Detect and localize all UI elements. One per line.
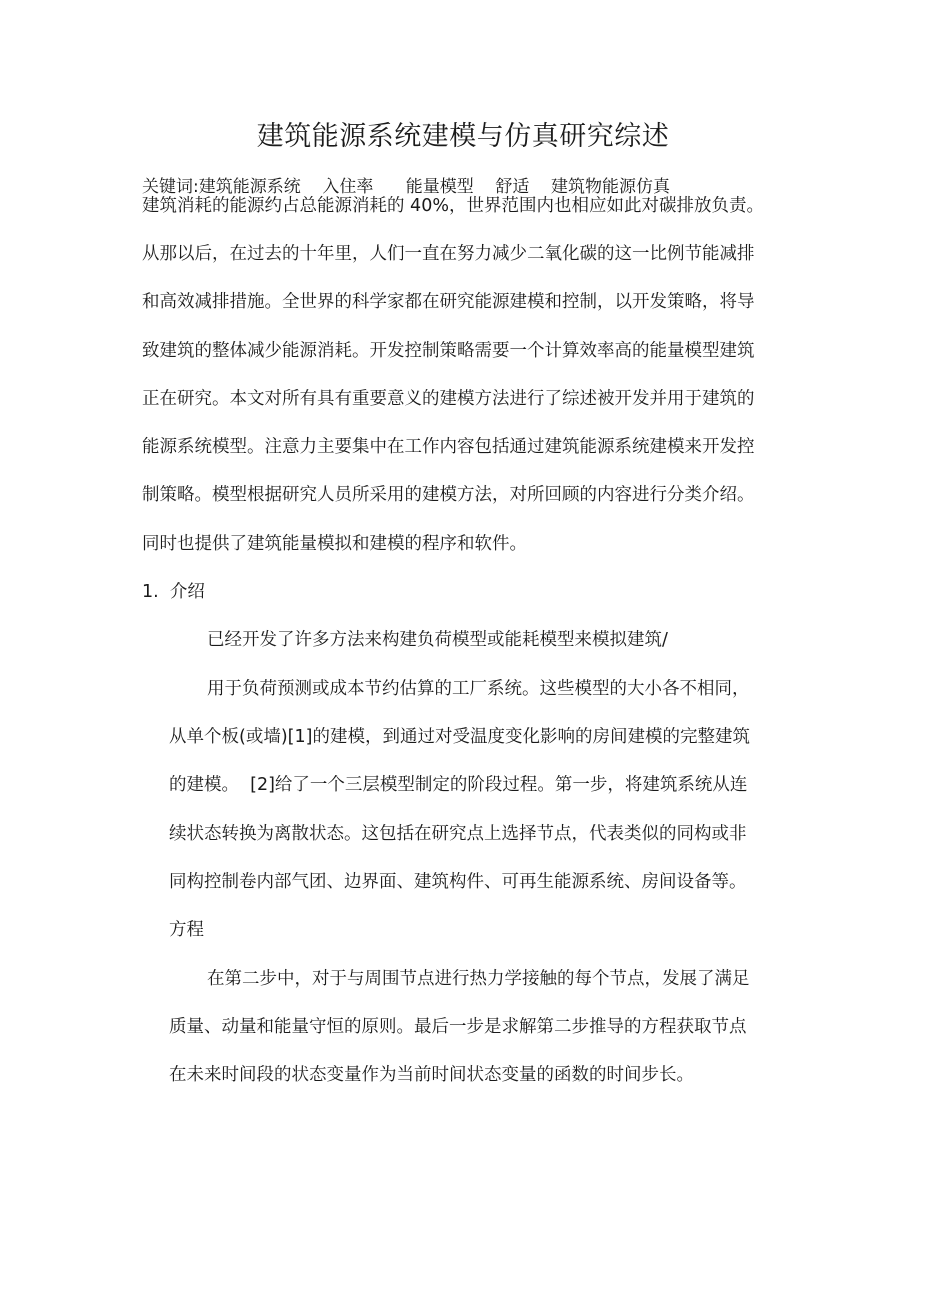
body-line: 续状态转换为离散状态。这包括在研究点上选择节点，代表类似的同构或非 (169, 820, 747, 845)
body-line: 从单个板(或墙)[1]的建模，到通过对受温度变化影响的房间建模的完整建筑 (169, 723, 750, 748)
body-line: 的建模。 [2]给了一个三层模型制定的阶段过程。第一步，将建筑系统从连 (169, 771, 747, 796)
abstract-line: 制策略。模型根据研究人员所采用的建模方法，对所回顾的内容进行分类介绍。 (142, 481, 755, 506)
abstract-line: 能源系统模型。注意力主要集中在工作内容包括通过建筑能源系统建模来开发控 (142, 433, 755, 458)
abstract-line: 建筑消耗的能源约占总能源消耗的 40%，世界范围内也相应如此对碳排放负责。 (142, 192, 764, 217)
section-heading: 1. 介绍 (142, 578, 205, 603)
abstract-line: 致建筑的整体减少能源消耗。开发控制策略需要一个计算效率高的能量模型建筑 (142, 337, 755, 362)
body-line: 用于负荷预测或成本节约估算的工厂系统。这些模型的大小各不相同， (207, 675, 750, 700)
document-title: 建筑能源系统建模与仿真研究综述 (0, 114, 926, 153)
body-line: 质量、动量和能量守恒的原则。最后一步是求解第二步推导的方程获取节点 (169, 1013, 747, 1038)
body-line: 方程 (169, 916, 204, 941)
abstract-line: 从那以后，在过去的十年里，人们一直在努力减少二氧化碳的这一比例节能减排 (142, 240, 755, 265)
abstract-line: 同时也提供了建筑能量模拟和建模的程序和软件。 (142, 530, 527, 555)
body-line: 在第二步中，对于与周围节点进行热力学接触的每个节点，发展了满足 (207, 965, 750, 990)
abstract-line: 和高效减排措施。全世界的科学家都在研究能源建模和控制，以开发策略，将导 (142, 288, 755, 313)
body-line: 已经开发了许多方法来构建负荷模型或能耗模型来模拟建筑/ (207, 626, 668, 651)
body-line: 同构控制卷内部气团、边界面、建筑构件、可再生能源系统、房间设备等。 (169, 868, 747, 893)
abstract-line: 正在研究。本文对所有具有重要意义的建模方法进行了综述被开发并用于建筑的 (142, 385, 755, 410)
body-line: 在未来时间段的状态变量作为当前时间状态变量的函数的时间步长。 (169, 1061, 694, 1086)
